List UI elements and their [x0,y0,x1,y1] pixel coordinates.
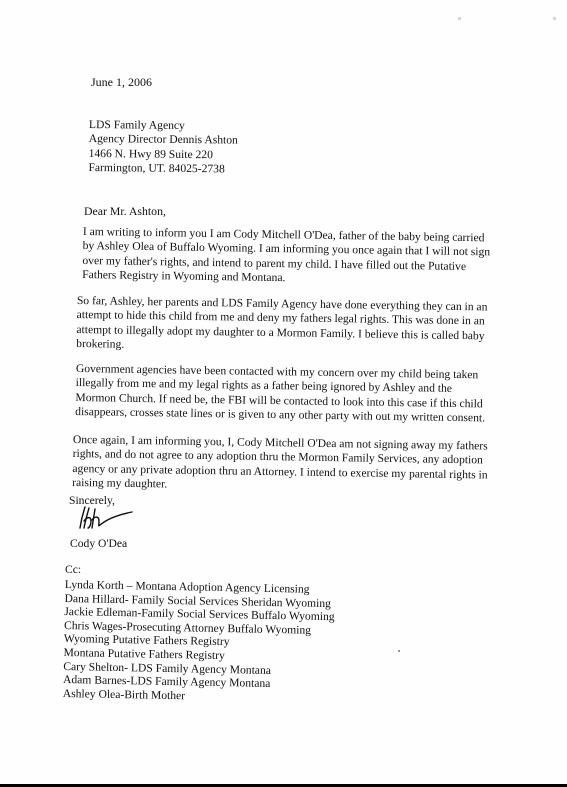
recipient-line: Agency Director Dennis Ashton [89,132,238,148]
scanned-letter-page: June 1, 2006 LDS Family Agency Agency Di… [0,0,567,787]
signature-icon [77,503,137,531]
recipient-address: LDS Family Agency Agency Director Dennis… [88,118,238,177]
scan-speck [458,17,461,20]
letter-date: June 1, 2006 [91,75,152,89]
paragraph-2: So far, Ashley, her parents and LDS Fami… [76,294,487,358]
cc-list: Lynda Korth – Montana Adoption Agency Li… [63,578,336,706]
recipient-line: 1466 N. Hwy 89 Suite 220 [89,147,238,163]
recipient-line: Farmington, UT. 84025-2738 [88,161,237,177]
recipient-line: LDS Family Agency [89,118,238,134]
signer-name: Cody O'Dea [70,537,127,551]
salutation: Dear Mr. Ashton, [84,204,166,218]
paragraph-4: Once again, I am informing you, I, Cody … [72,433,488,497]
cc-label: Cc: [65,563,81,577]
paragraph-1: I am writing to inform you I am Cody Mit… [82,225,490,289]
paragraph-3: Government agencies have been contacted … [75,362,486,426]
scan-speck [553,17,556,20]
scan-dot [398,650,400,652]
